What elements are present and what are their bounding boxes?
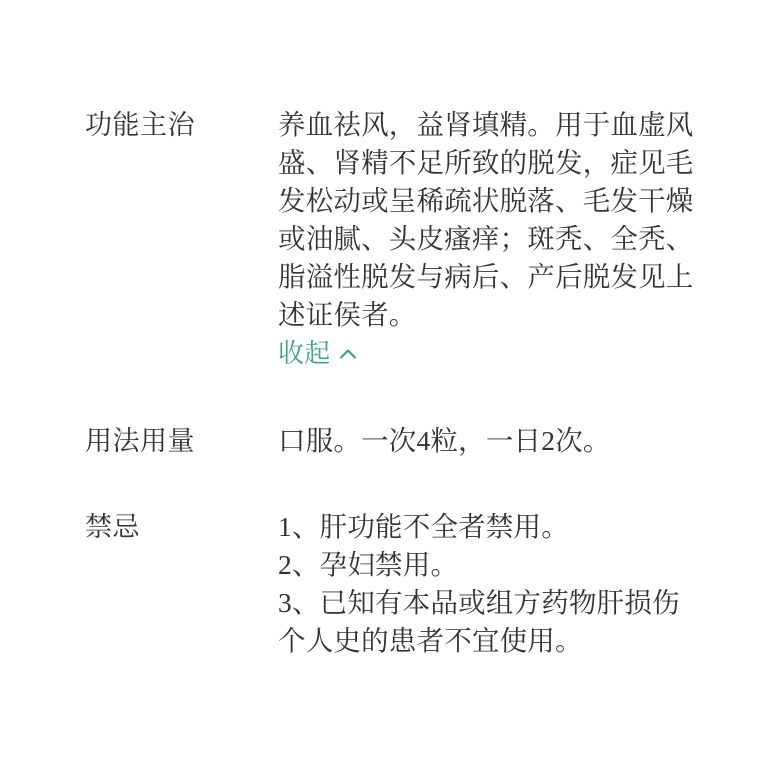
dosage-content: 口服。一次4粒，一日2次。: [278, 422, 611, 460]
collapse-link-label: 收起: [278, 336, 330, 372]
section-contraindications: 禁忌 1、肝功能不全者禁用。 2、孕妇禁用。 3、已知有本品或组方药物肝损伤 个…: [85, 508, 717, 660]
indications-text-line: 或油腻、头皮瘙痒；斑秃、全秃、: [278, 220, 694, 258]
chevron-up-icon: [339, 348, 357, 360]
section-functions-indications: 功能主治 养血祛风，益肾填精。用于血虚风 盛、肾精不足所致的脱发，症见毛 发松动…: [85, 106, 717, 372]
collapse-link[interactable]: 收起: [278, 336, 357, 372]
section-dosage: 用法用量 口服。一次4粒，一日2次。: [85, 422, 717, 460]
indications-text-line: 述证侯者。: [278, 296, 694, 334]
contraindications-content: 1、肝功能不全者禁用。 2、孕妇禁用。 3、已知有本品或组方药物肝损伤 个人史的…: [278, 508, 680, 660]
indications-text-line: 养血祛风，益肾填精。用于血虚风: [278, 106, 694, 144]
drug-instructions-page: 功能主治 养血祛风，益肾填精。用于血虚风 盛、肾精不足所致的脱发，症见毛 发松动…: [0, 0, 757, 660]
contraindication-text-line: 2、孕妇禁用。: [278, 546, 680, 584]
functions-indications-content: 养血祛风，益肾填精。用于血虚风 盛、肾精不足所致的脱发，症见毛 发松动或呈稀疏状…: [278, 106, 694, 372]
indications-text-line: 盛、肾精不足所致的脱发，症见毛: [278, 144, 694, 182]
functions-indications-label: 功能主治: [85, 106, 278, 144]
dosage-label: 用法用量: [85, 422, 278, 460]
contraindication-text-line: 个人史的患者不宜使用。: [278, 622, 680, 660]
contraindication-text-line: 3、已知有本品或组方药物肝损伤: [278, 584, 680, 622]
indications-text-line: 脂溢性脱发与病后、产后脱发见上: [278, 258, 694, 296]
dosage-text-line: 口服。一次4粒，一日2次。: [278, 422, 611, 460]
indications-text-line: 发松动或呈稀疏状脱落、毛发干燥: [278, 182, 694, 220]
contraindications-label: 禁忌: [85, 508, 278, 546]
contraindication-text-line: 1、肝功能不全者禁用。: [278, 508, 680, 546]
